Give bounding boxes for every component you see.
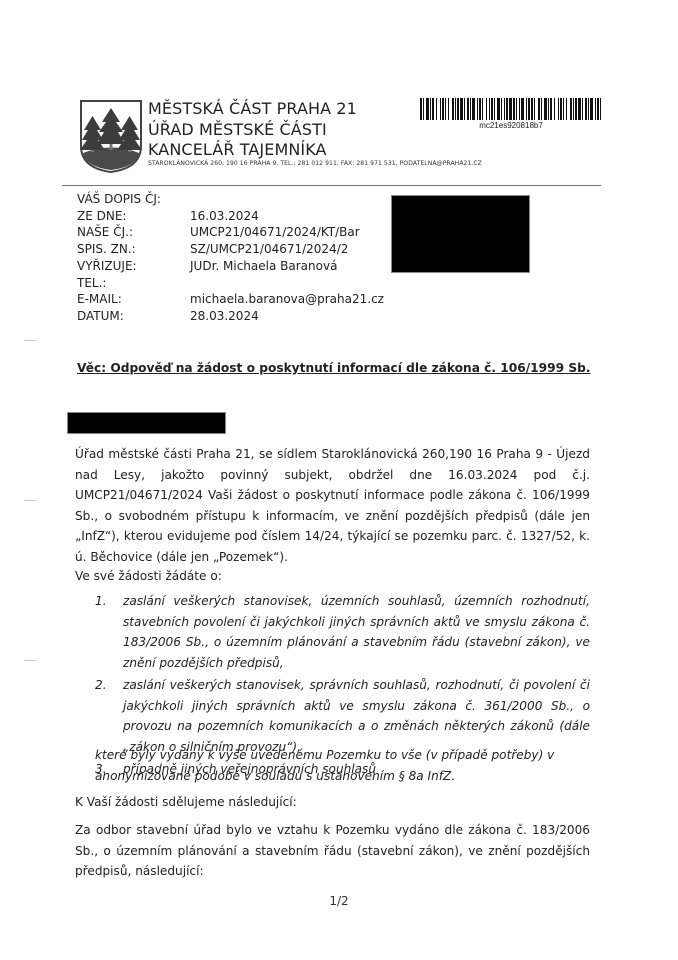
response-intro: K Vaší žádosti sdělujeme následující: — [75, 792, 590, 813]
coat-of-arms-icon — [78, 98, 144, 174]
list-item-number: 1. — [95, 591, 107, 612]
org-name-line-3: KANCELÁŘ TAJEMNÍKA — [148, 141, 327, 159]
list-trailer: které byly vydány k výše uvedenému Pozem… — [95, 745, 590, 786]
response-paragraph: Za odbor stavební úřad bylo ve vztahu k … — [75, 820, 590, 882]
meta-label: DATUM: — [77, 309, 190, 324]
meta-row: VYŘIZUJE:JUDr. Michaela Baranová — [77, 259, 337, 274]
meta-label: VYŘIZUJE: — [77, 259, 190, 274]
page-number: 1/2 — [0, 894, 678, 908]
meta-label: SPIS. ZN.: — [77, 242, 190, 257]
request-intro: Ve své žádosti žádáte o: — [75, 566, 590, 587]
meta-row: VÁŠ DOPIS ČJ: — [77, 192, 190, 207]
header-divider — [62, 185, 601, 186]
list-item-number: 2. — [95, 675, 107, 696]
meta-value: 16.03.2024 — [190, 209, 259, 224]
meta-value: JUDr. Michaela Baranová — [190, 259, 337, 274]
meta-label: NAŠE ČJ.: — [77, 225, 190, 240]
meta-label: ZE DNE: — [77, 209, 190, 224]
meta-row: NAŠE ČJ.:UMCP21/04671/2024/KT/Bar — [77, 225, 360, 240]
meta-row: TEL.: — [77, 276, 190, 291]
meta-label: VÁŠ DOPIS ČJ: — [77, 192, 190, 207]
meta-value: UMCP21/04671/2024/KT/Bar — [190, 225, 360, 240]
meta-label: E-MAIL: — [77, 292, 190, 307]
scan-mark — [24, 500, 36, 501]
org-name-line-1: MĚSTSKÁ ČÁST PRAHA 21 — [148, 100, 357, 118]
barcode-icon — [420, 98, 602, 120]
meta-value: SZ/UMCP21/04671/2024/2 — [190, 242, 348, 257]
barcode-id: mc21es920818b7 — [420, 121, 602, 130]
scan-mark — [24, 660, 36, 661]
intro-paragraph: Úřad městské části Praha 21, se sídlem S… — [75, 444, 590, 567]
list-item: 1. zaslání veškerých stanovisek, územníc… — [95, 591, 590, 673]
redacted-recipient-address — [391, 195, 530, 273]
meta-row: ZE DNE:16.03.2024 — [77, 209, 259, 224]
meta-row: E-MAIL:michaela.baranova@praha21.cz — [77, 292, 384, 307]
meta-value: michaela.baranova@praha21.cz — [190, 292, 384, 307]
meta-row: DATUM:28.03.2024 — [77, 309, 259, 324]
meta-row: SPIS. ZN.:SZ/UMCP21/04671/2024/2 — [77, 242, 348, 257]
org-name-line-2: ÚŘAD MĚSTSKÉ ČÁSTI — [148, 121, 327, 139]
subject-line: Věc: Odpověď na žádost o poskytnutí info… — [77, 361, 590, 375]
list-item-text: zaslání veškerých stanovisek, správních … — [123, 678, 590, 754]
scan-mark — [24, 340, 36, 341]
list-item-text: zaslání veškerých stanovisek, územních s… — [123, 594, 590, 670]
redacted-salutation — [67, 412, 226, 434]
meta-value: 28.03.2024 — [190, 309, 259, 324]
meta-label: TEL.: — [77, 276, 190, 291]
org-address: STAROKLÁNOVICKÁ 260, 190 16 PRAHA 9, TEL… — [148, 160, 482, 167]
